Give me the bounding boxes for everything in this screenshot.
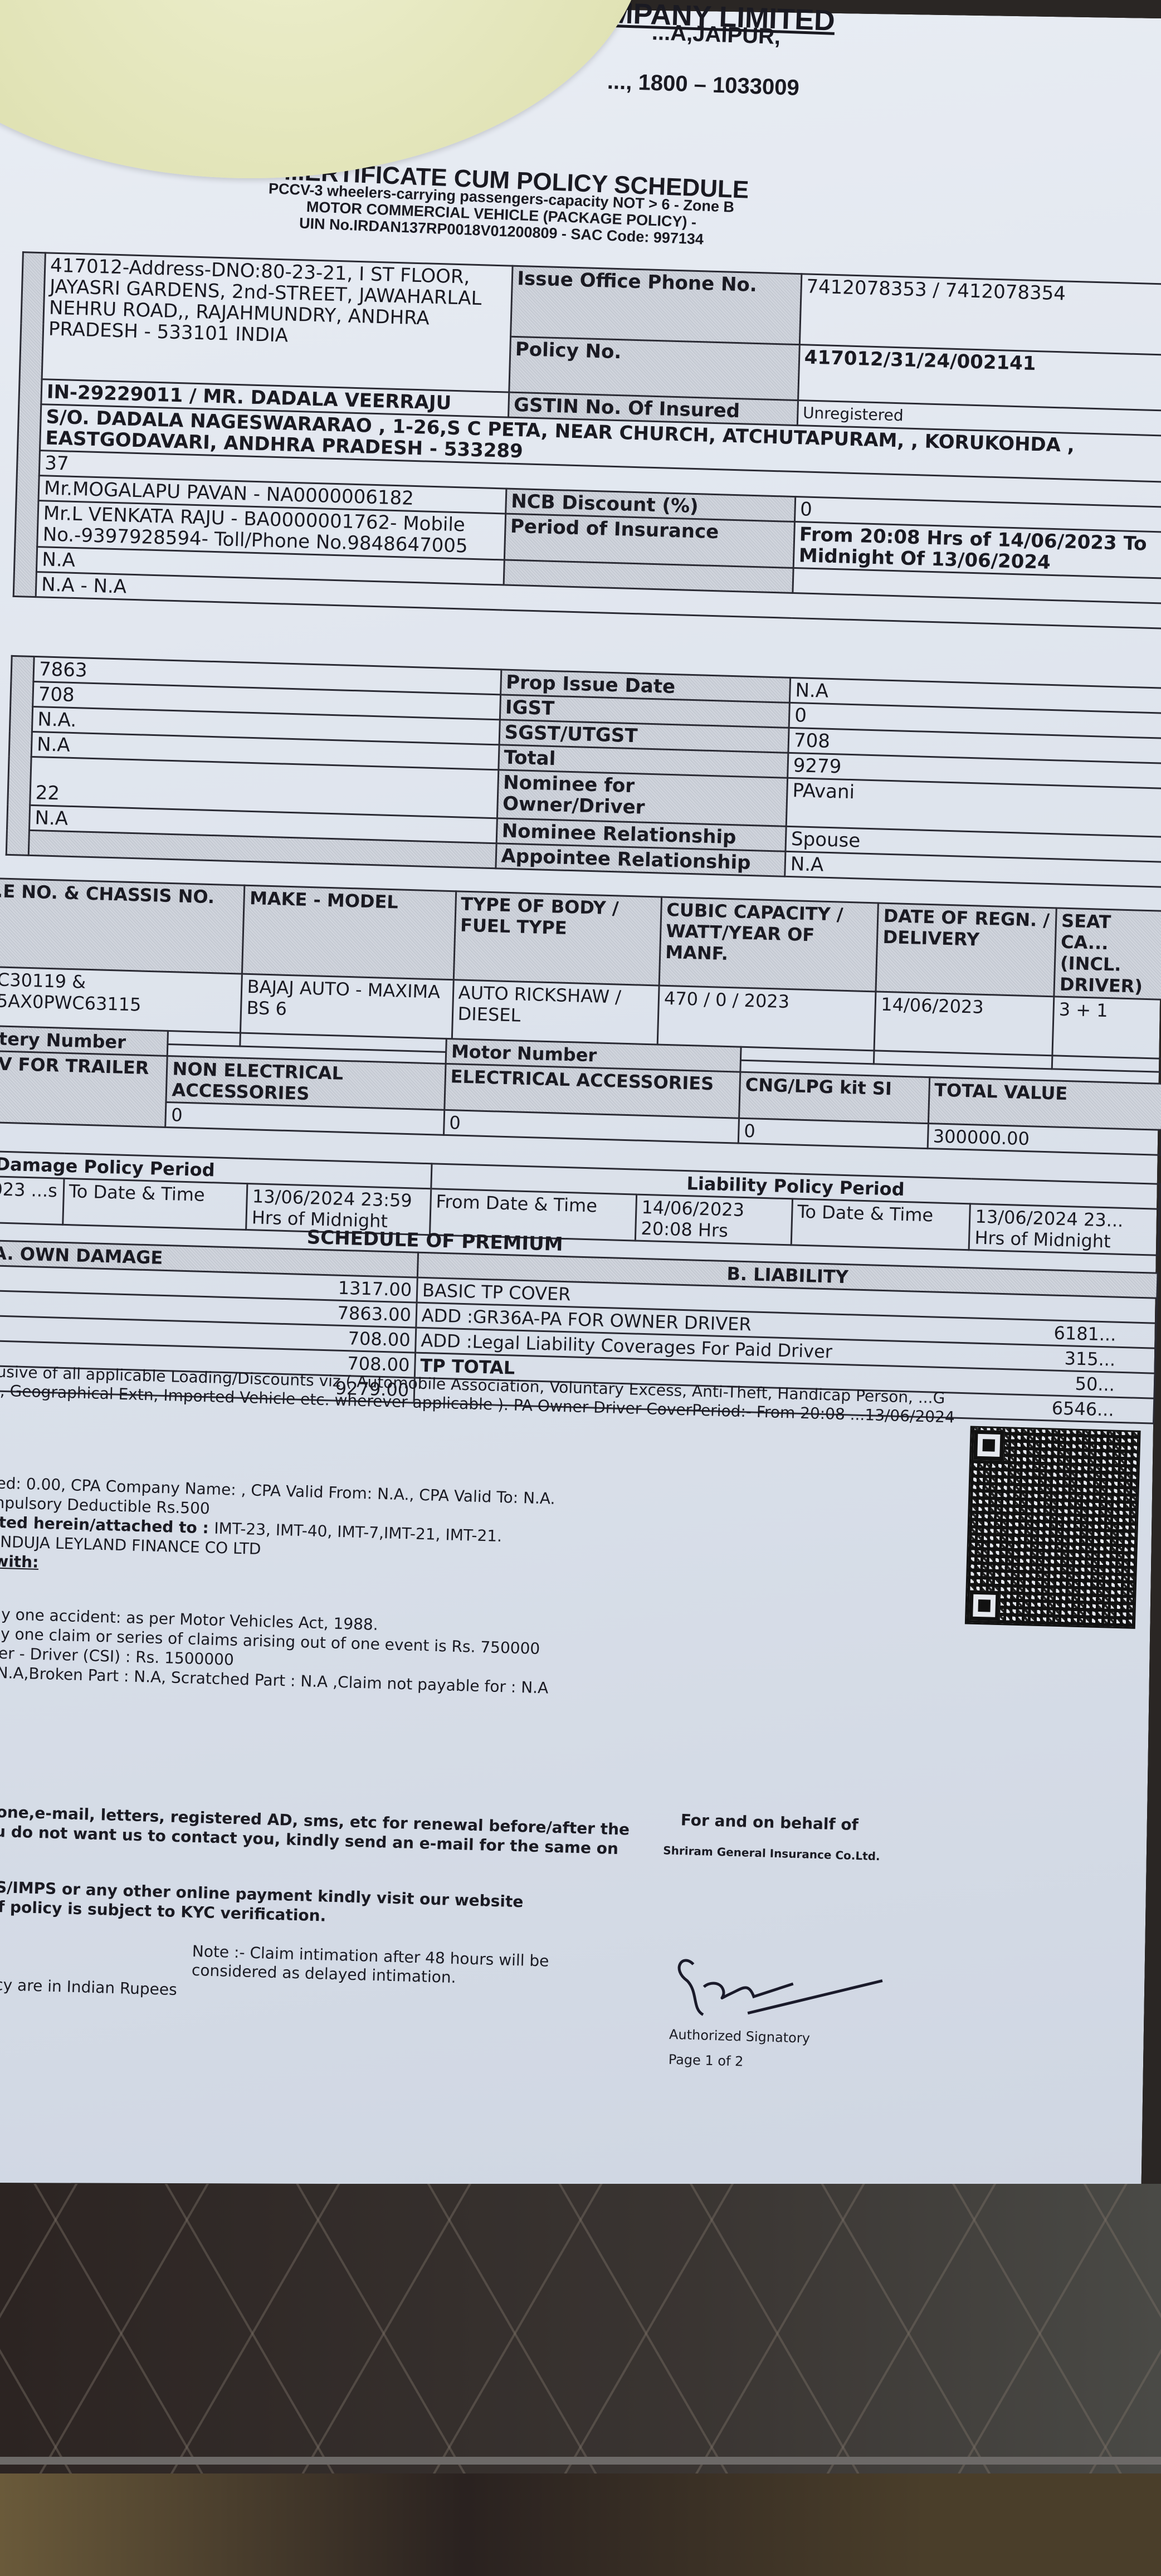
signature-image: [670, 1947, 894, 2026]
electrical-label: ELECTRICAL ACCESSORIES: [445, 1063, 740, 1118]
tax-nominee-table: 7863 Prop Issue Date N.A 708 IGST 0 N.A.…: [6, 655, 1161, 888]
seat-base: [0, 2473, 1161, 2576]
liability-amount: 315...: [1064, 1348, 1116, 1370]
nominee-label: Nominee for Owner/Driver: [497, 770, 788, 826]
limits-heading: ...t with:: [0, 1551, 39, 1572]
issue-office-phone: 7412078353 / 7412078354: [799, 274, 1161, 355]
battery-number-label: ...tery Number: [0, 1026, 168, 1056]
currency-note: ...policy are in Indian Rupees: [0, 1974, 177, 1999]
od-from-date: ...023 ...s: [0, 1176, 64, 1225]
policy-number: 417012/31/24/002141: [798, 345, 1161, 411]
seat-capacity-header: SEAT CA... (INCL. DRIVER): [1054, 908, 1161, 1000]
body-fuel-header: TYPE OF BODY / FUEL TYPE: [453, 891, 662, 985]
authorized-signatory: Authorized Signatory: [669, 2025, 811, 2048]
claim-intimation-note: Note :- Claim intimation after 48 hours …: [191, 1942, 571, 1990]
total-value-label: TOTAL VALUE: [928, 1077, 1161, 1130]
page-number: Page 1 of 2: [668, 2050, 744, 2071]
engine-chassis-header: ...E NO. & CHASSIS NO.: [0, 878, 245, 974]
office-address: 417012-Address-DNO:80-23-21, I ST FLOOR,…: [42, 253, 513, 392]
liability-to-date: 13/06/2024 23... Hrs of Midnight: [969, 1204, 1159, 1255]
liability-amount: 50...: [1075, 1373, 1115, 1396]
qr-finder-bottom: [969, 1591, 999, 1621]
liability-to-label: To Date & Time: [791, 1199, 970, 1250]
od-to-label: To Date & Time: [63, 1178, 248, 1230]
cng-kit-value: 0: [738, 1118, 928, 1148]
on-behalf-of: For and on behalf of: [680, 1811, 858, 1835]
cng-kit-label: CNG/LPG kit SI: [739, 1072, 930, 1123]
policy-body: 417012-Address-DNO:80-23-21, I ST FLOOR,…: [0, 0, 1161, 2204]
seat-trim: [0, 2457, 1161, 2465]
policy-period-table: ...Damage Policy Period Liability Policy…: [0, 1150, 1161, 1256]
qr-code-icon: [965, 1426, 1141, 1628]
insurer-name: Shriram General Insurance Co.Ltd.: [663, 1841, 880, 1866]
issue-office-phone-label: Issue Office Phone No.: [510, 266, 801, 344]
non-electrical-label: NON ELECTRICAL ACCESSORIES: [166, 1056, 445, 1110]
period-label: Period of Insurance: [504, 514, 794, 568]
cubic-capacity-header: CUBIC CAPACITY / WATT/YEAR OF MANF.: [659, 897, 879, 992]
liability-amount: 6546...: [1051, 1398, 1114, 1421]
trailer-label: ...V FOR TRAILER: [0, 1051, 168, 1128]
insured-details-table: 417012-Address-DNO:80-23-21, I ST FLOOR,…: [13, 251, 1161, 630]
policy-no-label: Policy No.: [509, 336, 799, 400]
liability-item-label: BASIC TP COVER: [422, 1280, 571, 1305]
qr-finder-top: [973, 1430, 1004, 1461]
damaged-parts: ...t : N.A,Broken Part : N.A, Scratched …: [0, 1662, 549, 1697]
date-of-regn-header: DATE OF REGN. / DELIVERY: [876, 903, 1056, 997]
make-model-header: MAKE - MODEL: [242, 885, 456, 980]
liability-from-date: 14/06/2023 20:08 Hrs: [635, 1194, 792, 1245]
liability-amount: 6181...: [1053, 1323, 1116, 1345]
